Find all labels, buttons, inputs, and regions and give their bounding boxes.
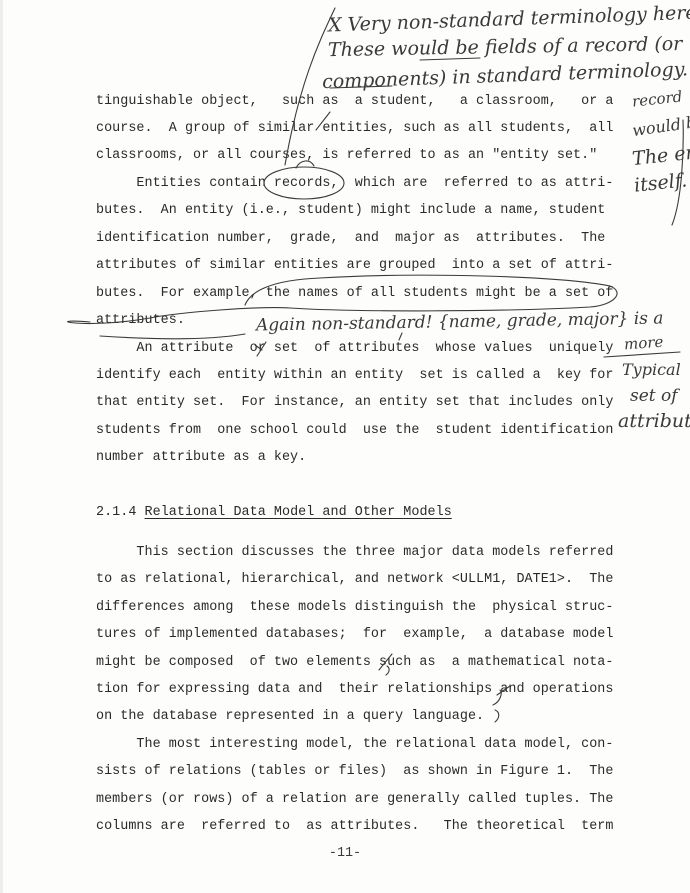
document-page: tinguishable object, such as a student, … xyxy=(0,0,690,893)
circle-records xyxy=(264,167,344,199)
pen-stroke xyxy=(285,8,335,165)
pen-marks xyxy=(0,0,690,893)
